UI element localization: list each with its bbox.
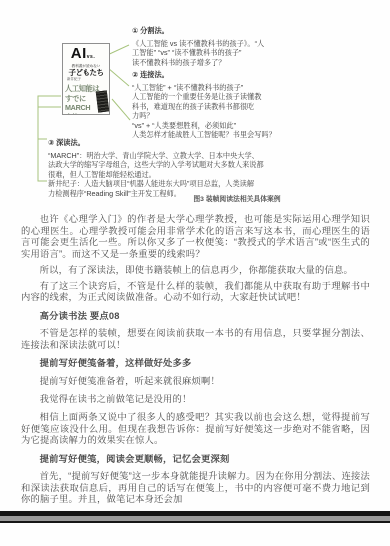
text-line: “vs” + “人类要想胜利，必须如此” [132, 121, 276, 131]
text-line: 很难，但人工智能却能轻松通过。 [48, 170, 264, 180]
article-paragraph: 提前写好便笺准备着，听起来就很麻烦啊！ [21, 376, 370, 388]
text-line: 新井纪子：人造大脑项目“机器人能进东大吗”项目总监，人类读解 [48, 179, 264, 189]
text-line: “MARCH”：明治大学、青山学院大学、立教大学、日本中央大学、 [48, 151, 264, 161]
article-heading: 提前写好便笺备着，这样做好处多多 [21, 358, 370, 370]
figure-caption: 图3 装帧阅读法相关具体案例 [97, 193, 377, 203]
text-line: MARCH [65, 103, 99, 113]
text-line: 《人工智能 vs 读不懂教科书的孩子》。“人 [132, 39, 264, 49]
cover-belt-text: 人工知能はすでにMARCH合格レ… [65, 84, 99, 115]
cover-annotation-figure: AIvs. 教科書が読めない 子どもたち 新井紀子 人工知能はすでにMARCH合… [0, 0, 390, 208]
text-line: 读不懂教科书的孩子增多了？ [132, 58, 264, 68]
cover-vs-text: vs. [87, 54, 95, 60]
text-line: 工智能” “vs” “读不懂教科书的孩子” [132, 48, 264, 58]
note-split-method: ① 分割法。 《人工智能 vs 读不懂教科书的孩子》。“人工智能” “vs” “… [132, 26, 264, 67]
cover-author: 新井紀子 [67, 77, 81, 82]
note-lines: “MARCH”：明治大学、青山学院大学、立教大学、日本中央大学、法政大学的缩写字… [48, 151, 264, 199]
cover-title: AIvs. [63, 47, 103, 64]
article-paragraph: 有了这三个诀窍后，不管是什么样的装帧，我们都能从中获取有助于理解书中内容的线索，… [21, 281, 370, 304]
note-label: ③ 深读法。 [48, 138, 264, 148]
article-paragraph: 所以，有了深读法，即使书籍装帧上的信息再少，你都能获取大量的信息。 [21, 265, 370, 277]
note-lines: 《人工智能 vs 读不懂教科书的孩子》。“人工智能” “vs” “读不懂教科书的… [132, 39, 264, 68]
note-lines: “人工智能” + “读不懂教科书的孩子”人工智能的一个重要任务是让孩子读懂教科书… [132, 83, 276, 140]
book-cover: AIvs. 教科書が読めない 子どもたち 新井紀子 人工知能はすでにMARCH合… [62, 43, 110, 115]
text-line: 人工智能的一个重要任务是让孩子读懂教 [132, 92, 276, 102]
article-paragraph: 也许《心理学入门》的作者是大学心理学教授，也可能是实际运用心理学知识的心理医生。… [21, 214, 370, 260]
text-line: 人工知能は [65, 84, 99, 94]
text-line: すでに [65, 94, 99, 104]
cover-obi-badge [96, 90, 109, 112]
page-bottom-separator [0, 511, 390, 523]
article-heading: 高分读书法 要点08 [21, 311, 370, 323]
document-page: AIvs. 教科書が読めない 子どもたち 新井紀子 人工知能はすでにMARCH合… [0, 0, 390, 546]
article-paragraph: 我觉得在读书之前做笔记是没用的！ [21, 394, 370, 406]
article-heading: 提前写好便笺，阅读会更顺畅，记忆会更深刻 [21, 454, 370, 466]
note-deep-read-method: ③ 深读法。 “MARCH”：明治大学、青山学院大学、立教大学、日本中央大学、法… [48, 138, 264, 198]
article-body: 也许《心理学入门》的作者是大学心理学教授，也可能是实际运用心理学知识的心理医生。… [0, 208, 390, 510]
text-line: 合格レ… [65, 113, 99, 116]
text-line: 法政大学的缩写字母组合，这些大学的入学考试题对大多数人来说都 [48, 160, 264, 170]
text-line: “人工智能” + “读不懂教科书的孩子” [132, 83, 276, 93]
separator-black-line [0, 521, 390, 523]
note-connect-method: ② 连接法。 “人工智能” + “读不懂教科书的孩子”人工智能的一个重要任务是让… [132, 70, 276, 140]
article-paragraph: 相信上面两条又说中了很多人的感受吧？其实我以前也会这么想，觉得提前写好便笺应该没… [21, 412, 370, 447]
note-label: ① 分割法。 [132, 26, 264, 36]
article-paragraph: 首先，“提前写好便笺”这一步本身就能提升读解力。因为在你用分割法、连接法和深读法… [21, 471, 370, 506]
text-line: 力吗？ [132, 111, 276, 121]
article-paragraph: 不管是怎样的装帧，想要在阅读前获取一本书的有用信息，只要掌握分割法、连接法和深读… [21, 328, 370, 351]
text-line: 科书，难道现在的孩子读教科书都很吃 [132, 102, 276, 112]
note-label: ② 连接法。 [132, 70, 276, 80]
